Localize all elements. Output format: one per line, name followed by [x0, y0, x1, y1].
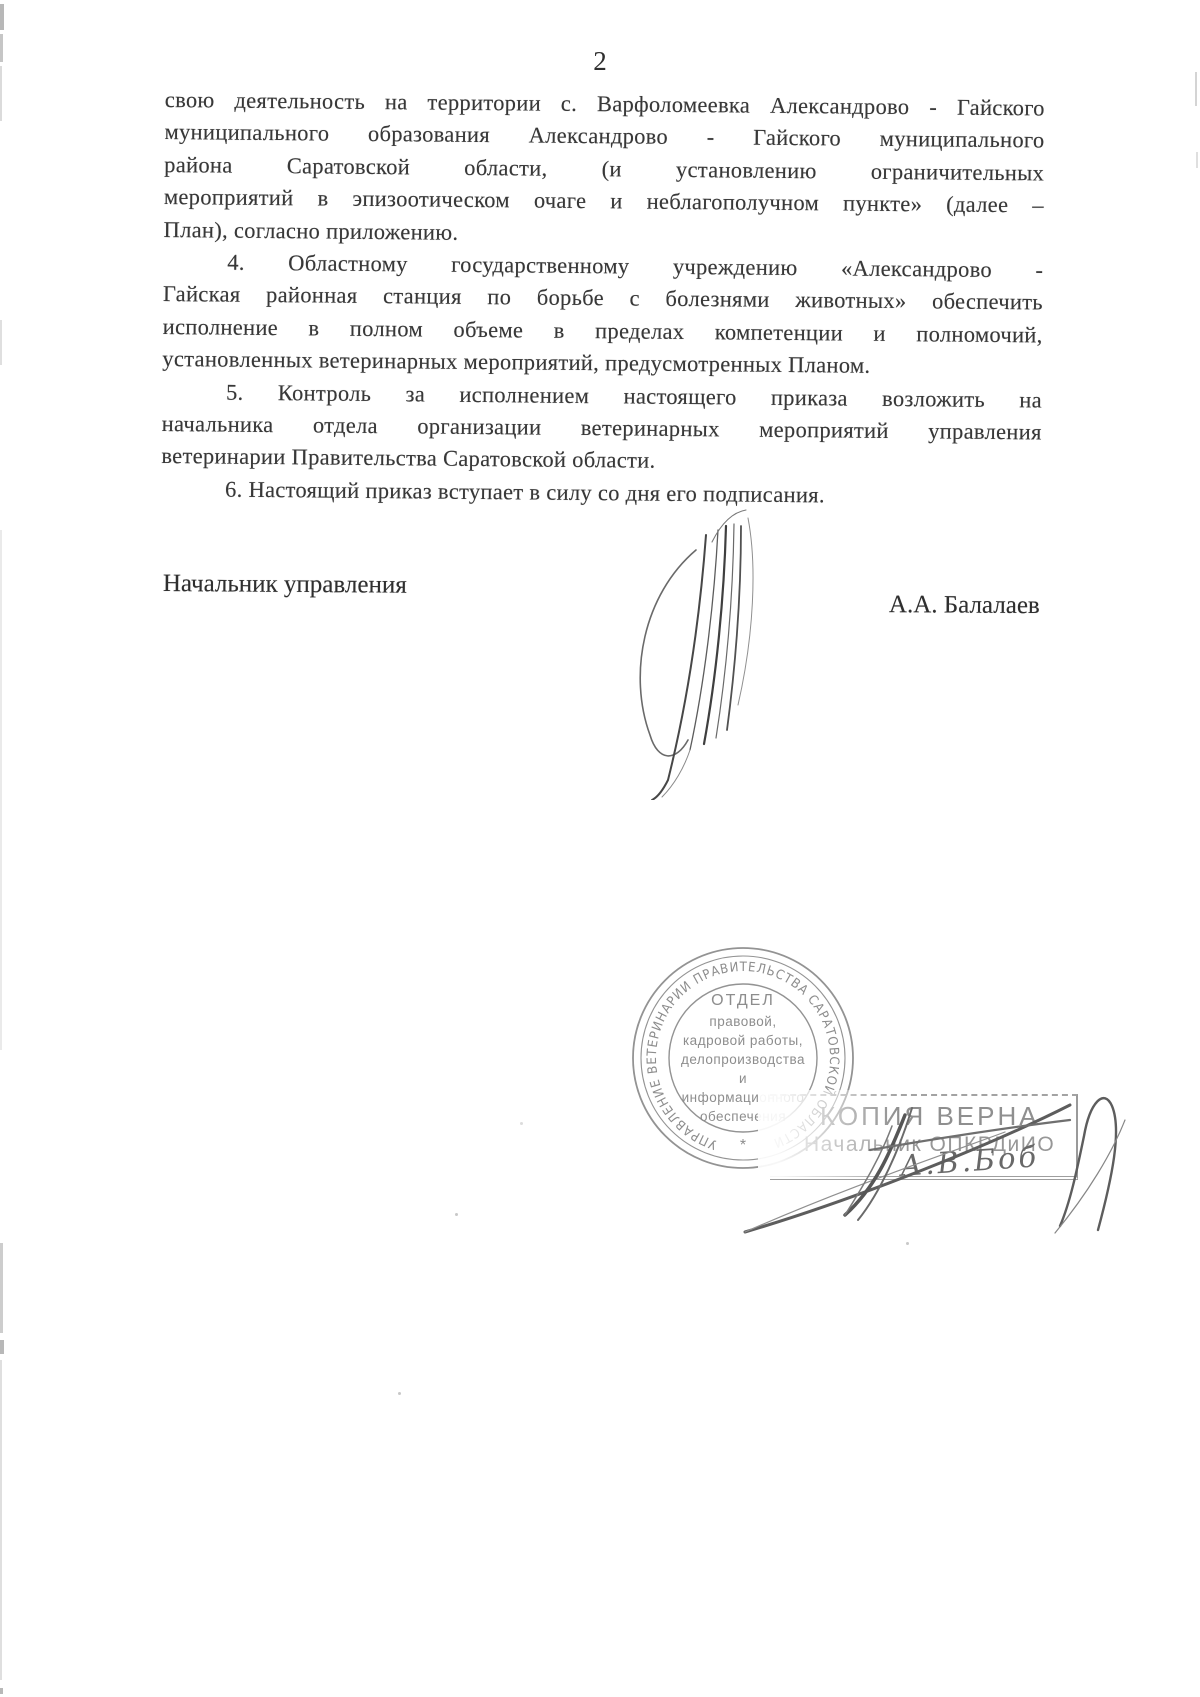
scanned-document-page: 2 свою деятельность на территории с. Вар…	[0, 0, 1200, 1697]
scan-artifact	[0, 320, 2, 365]
scan-artifact	[0, 1360, 2, 1680]
scan-artifact	[1196, 152, 1198, 168]
signer-title: Начальник управления	[163, 570, 407, 600]
scan-artifact	[1195, 72, 1197, 106]
scan-artifact	[0, 1340, 4, 1354]
body-text: свою деятельность на территории с. Варфо…	[161, 84, 1045, 514]
certifier-signature-ink	[700, 1058, 1140, 1253]
scan-artifact	[0, 530, 2, 1050]
scan-artifact	[0, 66, 2, 121]
scan-speck	[455, 1213, 458, 1216]
scan-artifact	[0, 1243, 3, 1333]
signoff-row: Начальник управления А.А. Балалаев	[163, 570, 1040, 604]
scan-artifact	[0, 34, 3, 62]
scan-speck	[520, 1122, 523, 1125]
scan-artifact	[0, 4, 4, 30]
stamp-center-line: кадровой работы,	[643, 1031, 843, 1050]
stamp-center-line: правовой,	[643, 1012, 843, 1031]
director-signature	[608, 500, 758, 800]
page-number: 2	[0, 46, 1200, 77]
scan-artifact	[0, 1688, 3, 1694]
scan-speck	[398, 1392, 401, 1395]
signer-name: А.А. Балалаев	[889, 591, 1040, 620]
stamp-center-line: ОТДЕЛ	[643, 991, 843, 1010]
